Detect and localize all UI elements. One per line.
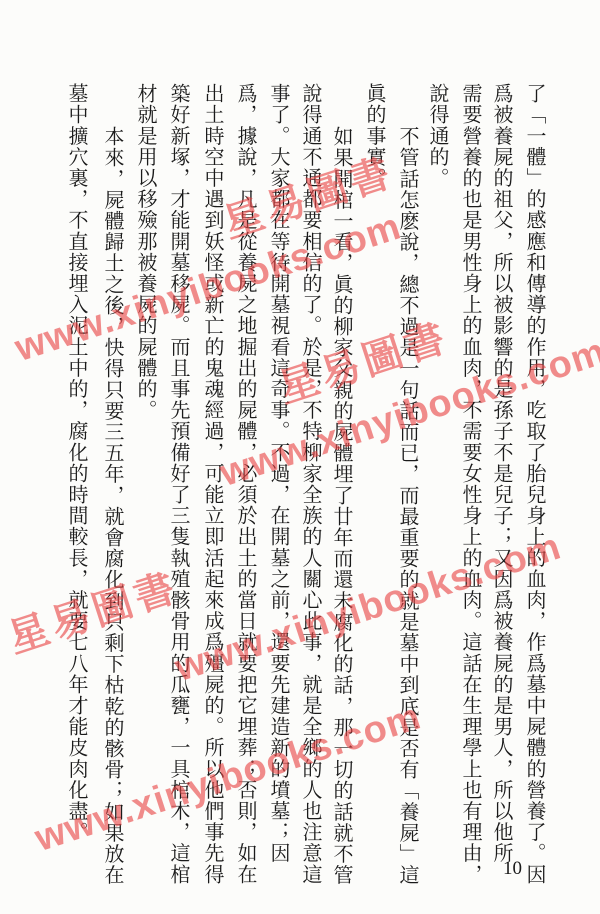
text-column-13: 材就是用以移殮那被養屍的屍體的。 <box>134 83 158 421</box>
text-column-9: 事了。大家都在等待開墓視看這奇事。不過，在開墓之前，還要先建造新的墳墓；因 <box>267 83 291 864</box>
text-column-11: 出土時空中遇到妖怪或新亡的鬼魂經過，可能立即活起來成爲殭屍的。所以他們事先得 <box>201 83 225 885</box>
text-column-14: 本來，屍體歸土之後，快得只要三五年，就會腐化到只剩下枯乾的骸骨；如果放在 <box>101 126 125 886</box>
text-column-1: 了「一體」的感應和傳導的作用，吃取了胎兒身上的血肉，作爲墓中屍體的營養了。因 <box>523 83 547 885</box>
text-column-10: 爲，據說，凡是從養屍之地掘出的屍體，必須於出土的當日就要把它埋葬；否則，如在 <box>234 83 258 885</box>
watermark-brand: 星易圖書 <box>270 306 455 415</box>
watermark-url: www.xinyibooks.com <box>30 695 427 860</box>
book-page: 了「一體」的感應和傳導的作用，吃取了胎兒身上的血肉，作爲墓中屍體的營養了。因 爲… <box>0 0 600 914</box>
watermark-brand: 星易圖書 <box>0 556 185 665</box>
text-column-4: 說得通的。 <box>426 83 450 189</box>
text-column-5: 不管話怎麽說，總不過是一句話而已，而最重要的就是墓中到底是否有「養屍」這 <box>396 126 420 886</box>
text-column-7: 如果開棺一看，眞的柳家父親的屍體埋了廿年而還未腐化的話，那一切的話就不管 <box>330 126 354 886</box>
text-column-2: 爲被養屍的祖父，所以被影響的是孫子不是兒子；又因爲被養屍的是男人，所以他所 <box>490 83 514 864</box>
page-number: 10 <box>503 858 522 880</box>
text-column-3: 需要營養的也是男性身上的血肉，不需要女性身上的血肉。這話在生理學上也有理由， <box>459 83 483 885</box>
text-column-15: 墓中擴穴裏，不直接埋入泥土中的，腐化的時間較長，就要七八年才能皮肉化盡。 <box>65 83 89 843</box>
text-column-8: 說得通不通都要相信的了。於是，不特柳家全族的人關心此事，就是全鄉的人也注意這 <box>299 83 323 885</box>
text-column-12: 築好新塚，才能開墓移屍。而且事先預備好了三隻執殖骸骨用的瓜甕，一具棺木，這棺 <box>167 83 191 885</box>
text-column-6: 眞的事實。 <box>363 83 387 189</box>
